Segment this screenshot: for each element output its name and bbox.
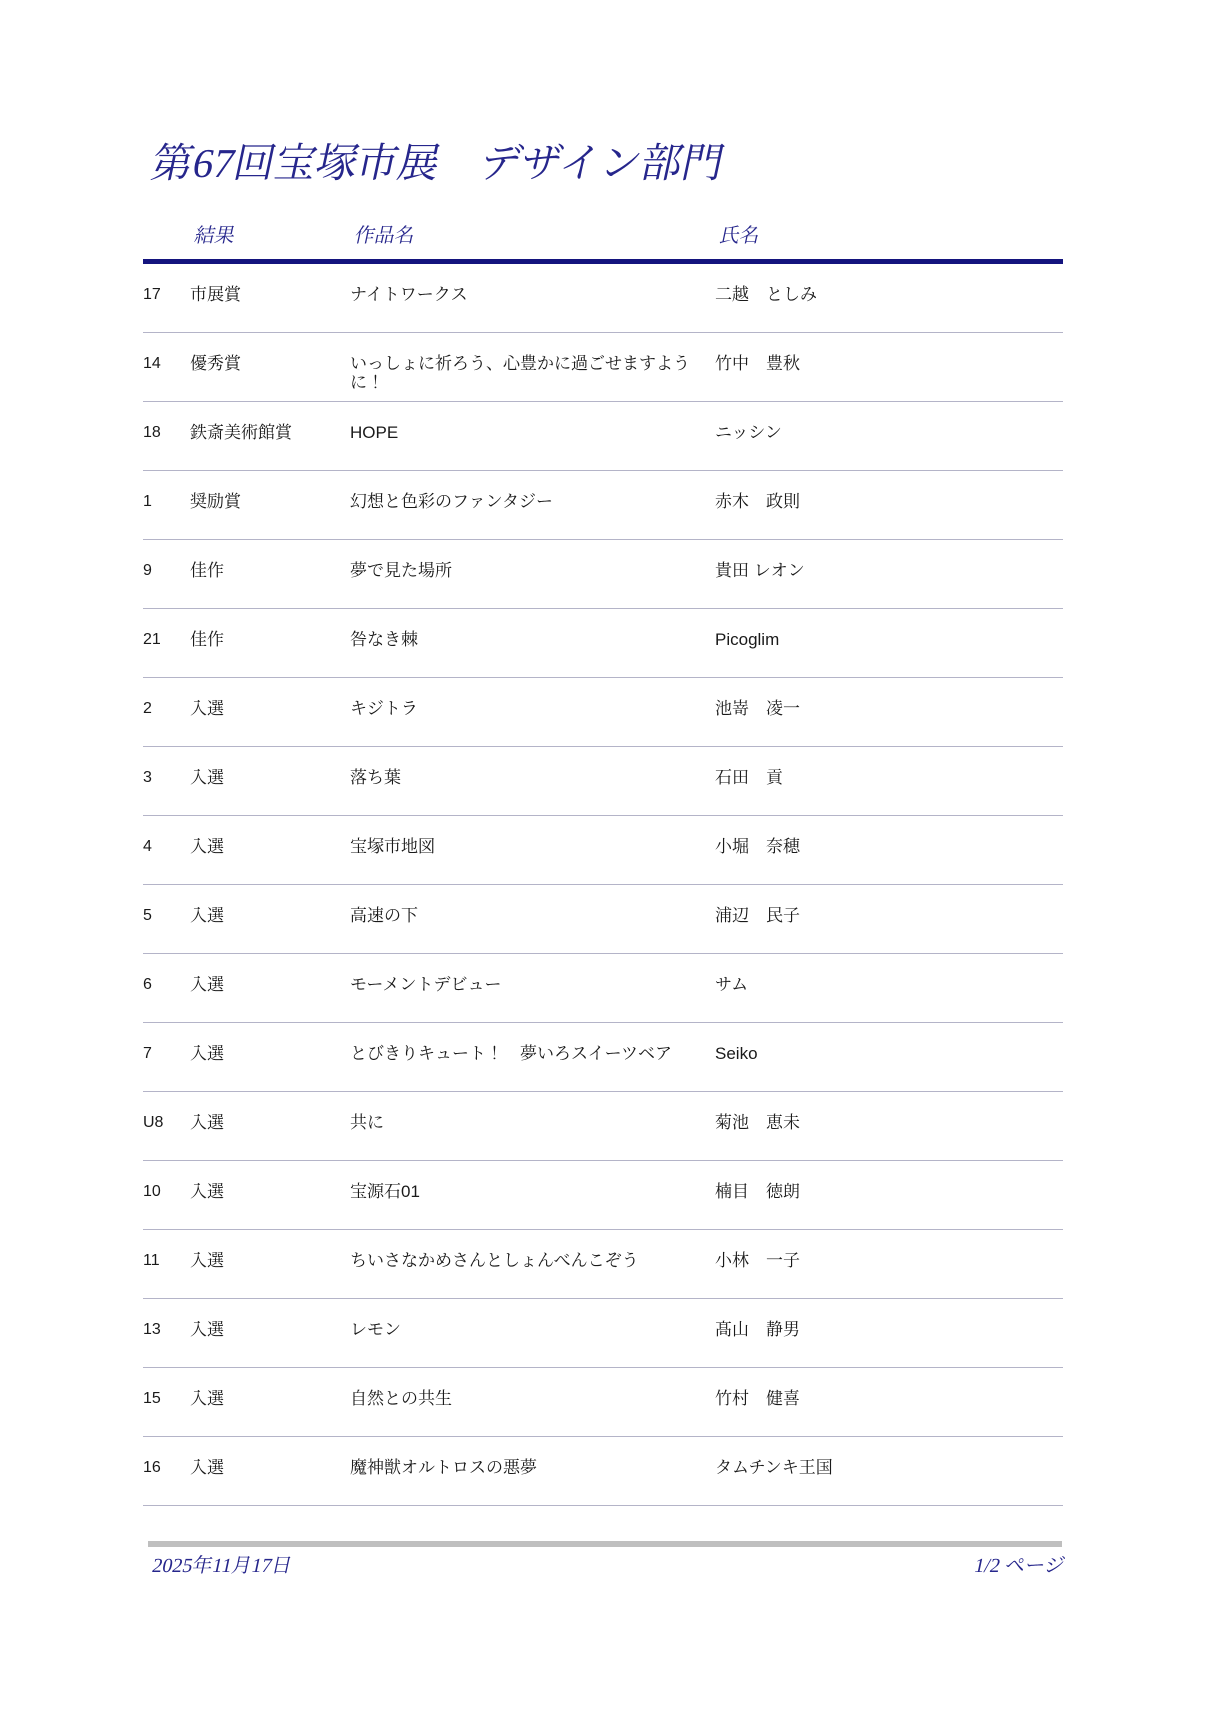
work-title-cell: ナイトワークス (350, 285, 715, 304)
result-cell: 入選 (190, 1044, 350, 1063)
row-number-cell: 10 (143, 1182, 190, 1201)
footer-date: 2025年11月17日 (150, 1549, 295, 1578)
name-cell: 二越 としみ (715, 285, 1063, 304)
table-row: U8 入選 共に 菊池 恵未 (143, 1092, 1063, 1161)
table-row: 9 佳作 夢で見た場所 貴田 レオン (143, 540, 1063, 609)
work-title-cell: 共に (350, 1113, 715, 1132)
report-page: 第67回宝塚市展 デザイン部門 結果 作品名 氏名 17 市展賞 ナイトワークス… (0, 0, 1213, 1716)
table-row: 7 入選 とびきりキュート！ 夢いろスイーツベア Seiko (143, 1023, 1063, 1092)
row-number-cell: 13 (143, 1320, 190, 1339)
work-title-cell: 幻想と色彩のファンタジー (350, 492, 715, 511)
work-title-cell: 咎なき棘 (350, 630, 715, 649)
name-cell: 浦辺 民子 (715, 906, 1063, 925)
work-title-cell: 魔神獣オルトロスの悪夢 (350, 1458, 715, 1477)
table-row: 2 入選 キジトラ 池嵜 凌一 (143, 678, 1063, 747)
result-cell: 入選 (190, 1182, 350, 1201)
table-row: 17 市展賞 ナイトワークス 二越 としみ (143, 264, 1063, 333)
name-cell: 小堀 奈穂 (715, 837, 1063, 856)
work-title-cell: とびきりキュート！ 夢いろスイーツベア (350, 1044, 715, 1063)
name-cell: タムチンキ王国 (715, 1458, 1063, 1477)
result-cell: 入選 (190, 1113, 350, 1132)
name-cell: Picoglim (715, 630, 1063, 649)
result-cell: 入選 (190, 1320, 350, 1339)
row-number-cell: 18 (143, 423, 190, 442)
name-cell: 池嵜 凌一 (715, 699, 1063, 718)
row-number-cell: 15 (143, 1389, 190, 1408)
name-cell: Seiko (715, 1044, 1063, 1063)
name-cell: 髙山 静男 (715, 1320, 1063, 1339)
work-title-cell: 宝源石01 (350, 1182, 715, 1201)
result-cell: 奨励賞 (190, 492, 350, 511)
results-table: 結果 作品名 氏名 17 市展賞 ナイトワークス 二越 としみ 14 優秀賞 い… (143, 200, 1063, 1506)
table-row: 1 奨励賞 幻想と色彩のファンタジー 赤木 政則 (143, 471, 1063, 540)
table-row: 3 入選 落ち葉 石田 貢 (143, 747, 1063, 816)
name-cell: 楠目 徳朗 (715, 1182, 1063, 1201)
table-header-row: 結果 作品名 氏名 (143, 200, 1063, 264)
column-header-result: 結果 (190, 219, 359, 259)
result-cell: 佳作 (190, 561, 350, 580)
page-indicator: 1/2 ページ (972, 1549, 1068, 1578)
work-title-cell: いっしょに祈ろう、心豊かに過ごせますように！ (350, 354, 715, 392)
table-row: 16 入選 魔神獣オルトロスの悪夢 タムチンキ王国 (143, 1437, 1063, 1506)
work-title-cell: モーメントデビュー (350, 975, 715, 994)
name-cell: 竹中 豊秋 (715, 354, 1063, 373)
row-number-cell: 11 (143, 1251, 190, 1270)
row-number-cell: 4 (143, 837, 190, 856)
footer-divider (148, 1541, 1062, 1547)
result-cell: 入選 (190, 837, 350, 856)
result-cell: 佳作 (190, 630, 350, 649)
work-title-cell: 宝塚市地図 (350, 837, 715, 856)
row-number-cell: 1 (143, 492, 190, 511)
work-title-cell: 落ち葉 (350, 768, 715, 787)
row-number-cell: 17 (143, 285, 190, 304)
result-cell: 優秀賞 (190, 354, 350, 373)
result-cell: 入選 (190, 906, 350, 925)
result-cell: 鉄斎美術館賞 (190, 423, 350, 442)
column-header-name: 氏名 (715, 219, 1072, 259)
table-row: 10 入選 宝源石01 楠目 徳朗 (143, 1161, 1063, 1230)
result-cell: 入選 (190, 768, 350, 787)
result-cell: 入選 (190, 699, 350, 718)
work-title-cell: HOPE (350, 423, 715, 442)
row-number-cell: 6 (143, 975, 190, 994)
table-row: 18 鉄斎美術館賞 HOPE ニッシン (143, 402, 1063, 471)
row-number-cell: 5 (143, 906, 190, 925)
table-row: 13 入選 レモン 髙山 静男 (143, 1299, 1063, 1368)
work-title-cell: レモン (350, 1320, 715, 1339)
result-cell: 入選 (190, 1251, 350, 1270)
row-number-cell: 16 (143, 1458, 190, 1477)
work-title-cell: 夢で見た場所 (350, 561, 715, 580)
table-row: 15 入選 自然との共生 竹村 健喜 (143, 1368, 1063, 1437)
row-number-cell: 7 (143, 1044, 190, 1063)
result-cell: 市展賞 (190, 285, 350, 304)
table-row: 14 優秀賞 いっしょに祈ろう、心豊かに過ごせますように！ 竹中 豊秋 (143, 333, 1063, 402)
page-title: 第67回宝塚市展 デザイン部門 (147, 130, 731, 189)
name-cell: 石田 貢 (715, 768, 1063, 787)
work-title-cell: 自然との共生 (350, 1389, 715, 1408)
table-body: 17 市展賞 ナイトワークス 二越 としみ 14 優秀賞 いっしょに祈ろう、心豊… (143, 264, 1063, 1506)
name-cell: サム (715, 975, 1063, 994)
table-row: 6 入選 モーメントデビュー サム (143, 954, 1063, 1023)
table-row: 5 入選 高速の下 浦辺 民子 (143, 885, 1063, 954)
column-header-number (143, 248, 192, 259)
row-number-cell: 14 (143, 354, 190, 373)
name-cell: 菊池 恵未 (715, 1113, 1063, 1132)
row-number-cell: 2 (143, 699, 190, 718)
name-cell: 小林 一子 (715, 1251, 1063, 1270)
table-row: 21 佳作 咎なき棘 Picoglim (143, 609, 1063, 678)
row-number-cell: 21 (143, 630, 190, 649)
row-number-cell: 3 (143, 768, 190, 787)
name-cell: 貴田 レオン (715, 561, 1063, 580)
result-cell: 入選 (190, 975, 350, 994)
name-cell: 赤木 政則 (715, 492, 1063, 511)
result-cell: 入選 (190, 1389, 350, 1408)
table-row: 4 入選 宝塚市地図 小堀 奈穂 (143, 816, 1063, 885)
name-cell: 竹村 健喜 (715, 1389, 1063, 1408)
name-cell: ニッシン (715, 423, 1063, 442)
table-row: 11 入選 ちいさなかめさんとしょんべんこぞう 小林 一子 (143, 1230, 1063, 1299)
row-number-cell: 9 (143, 561, 190, 580)
result-cell: 入選 (190, 1458, 350, 1477)
column-header-work-title: 作品名 (350, 219, 724, 259)
work-title-cell: キジトラ (350, 699, 715, 718)
work-title-cell: ちいさなかめさんとしょんべんこぞう (350, 1251, 715, 1270)
row-number-cell: U8 (143, 1113, 190, 1132)
work-title-cell: 高速の下 (350, 906, 715, 925)
